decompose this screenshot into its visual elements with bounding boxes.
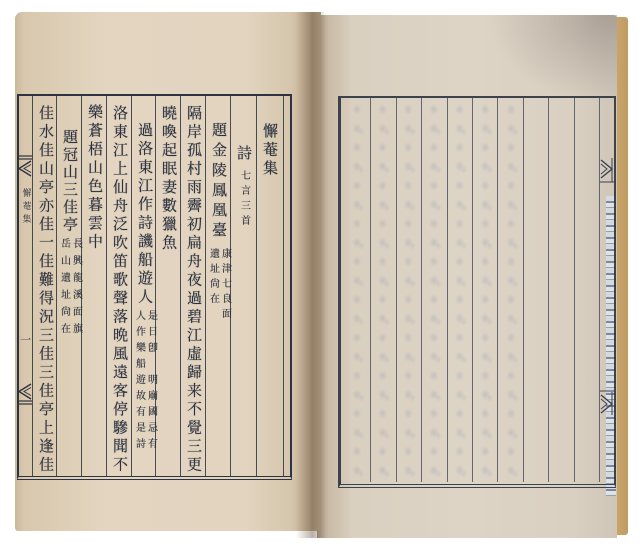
book-gutter-fold	[296, 12, 326, 538]
poem-line-column: 曉喚起眠妻數獵魚	[156, 105, 181, 253]
book-title-column: 懈菴集	[257, 123, 282, 179]
genre-heading-column: 詩 七言三首	[231, 145, 256, 230]
margin-column-title: 懈菴集	[18, 188, 32, 227]
column-rule	[497, 98, 498, 482]
page-number-text: 一	[20, 334, 31, 345]
poem-line: 隔岸孤村雨霽初扁舟夜過碧江虛歸来不覺三更	[186, 105, 201, 475]
annotation-right: 長興龍溪面旗	[71, 238, 81, 340]
annotation-left: 遺址尙在	[208, 248, 218, 323]
column-rule	[283, 96, 284, 476]
column-rule	[548, 98, 549, 482]
column-rule	[447, 98, 448, 482]
lower-fish-tail-icon	[600, 390, 614, 420]
poem-title: 過洛東江作詩譏船遊人	[137, 122, 152, 307]
lower-fish-tail-icon	[17, 381, 32, 409]
poem-title-column: 過洛東江作詩譏船遊人 是日卽 明廟國忌有 人作樂船遊故有是詩	[132, 122, 157, 454]
annotation-right: 康津七良面	[220, 248, 230, 323]
poem-title-column: 題金陵鳳凰臺 康津七良面 遺址尙在	[206, 122, 231, 323]
margin-title-text: 懈菴集	[21, 188, 30, 227]
poem-title-annotation: 是日卽 明廟國忌有 人作樂船遊故有是詩	[134, 310, 156, 454]
poem-line-column: 佳水佳山亭亦佳一佳難得況三佳三佳亭上逢佳	[33, 105, 58, 475]
poem-title-annotation: 長興龍溪面旗 岳山遺址尙在	[59, 238, 81, 340]
column-rule	[599, 98, 600, 482]
poem-line: 佳水佳山亭亦佳一佳難得況三佳三佳亭上逢佳	[38, 105, 53, 475]
annotation-left: 人作樂船遊故有是詩	[134, 310, 144, 454]
column-rule	[370, 98, 371, 482]
upper-fish-tail-icon	[17, 155, 32, 183]
annotation-left: 岳山遺址尙在	[59, 238, 69, 340]
poem-line-column: 樂蒼梧山色暮雲中	[82, 104, 107, 252]
book-title: 懈菴集	[262, 123, 277, 179]
column-rule	[523, 98, 524, 482]
poem-line: 曉喚起眠妻數獵魚	[161, 105, 176, 253]
column-rule	[574, 98, 575, 482]
poem-title: 題金陵鳳凰臺	[211, 122, 226, 242]
genre-note: 七言三首	[239, 170, 249, 230]
poem-title-annotation: 康津七良面 遺址尙在	[208, 248, 230, 323]
column-rule	[421, 98, 422, 482]
poem-line: 洛東江上仙舟泛吹笛歌聲落晩風遠客停驂聞不	[112, 105, 127, 475]
poem-title-column: 題冠山三佳亭 長興龍溪面旗 岳山遺址尙在	[57, 129, 82, 340]
poem-line-column: 隔岸孤村雨霽初扁舟夜過碧江虛歸来不覺三更	[181, 105, 206, 475]
column-rule	[396, 98, 397, 482]
poem-title: 題冠山三佳亭	[62, 129, 77, 234]
poem-line: 樂蒼梧山色暮雲中	[87, 104, 102, 252]
annotation-right: 是日卽 明廟國忌有	[146, 310, 156, 454]
page-number: 一	[18, 334, 32, 345]
upper-fish-tail-icon	[600, 158, 614, 188]
poem-line-column: 洛東江上仙舟泛吹笛歌聲落晩風遠客停驂聞不	[107, 105, 132, 475]
column-rule	[472, 98, 473, 482]
genre-heading: 詩	[236, 145, 251, 164]
